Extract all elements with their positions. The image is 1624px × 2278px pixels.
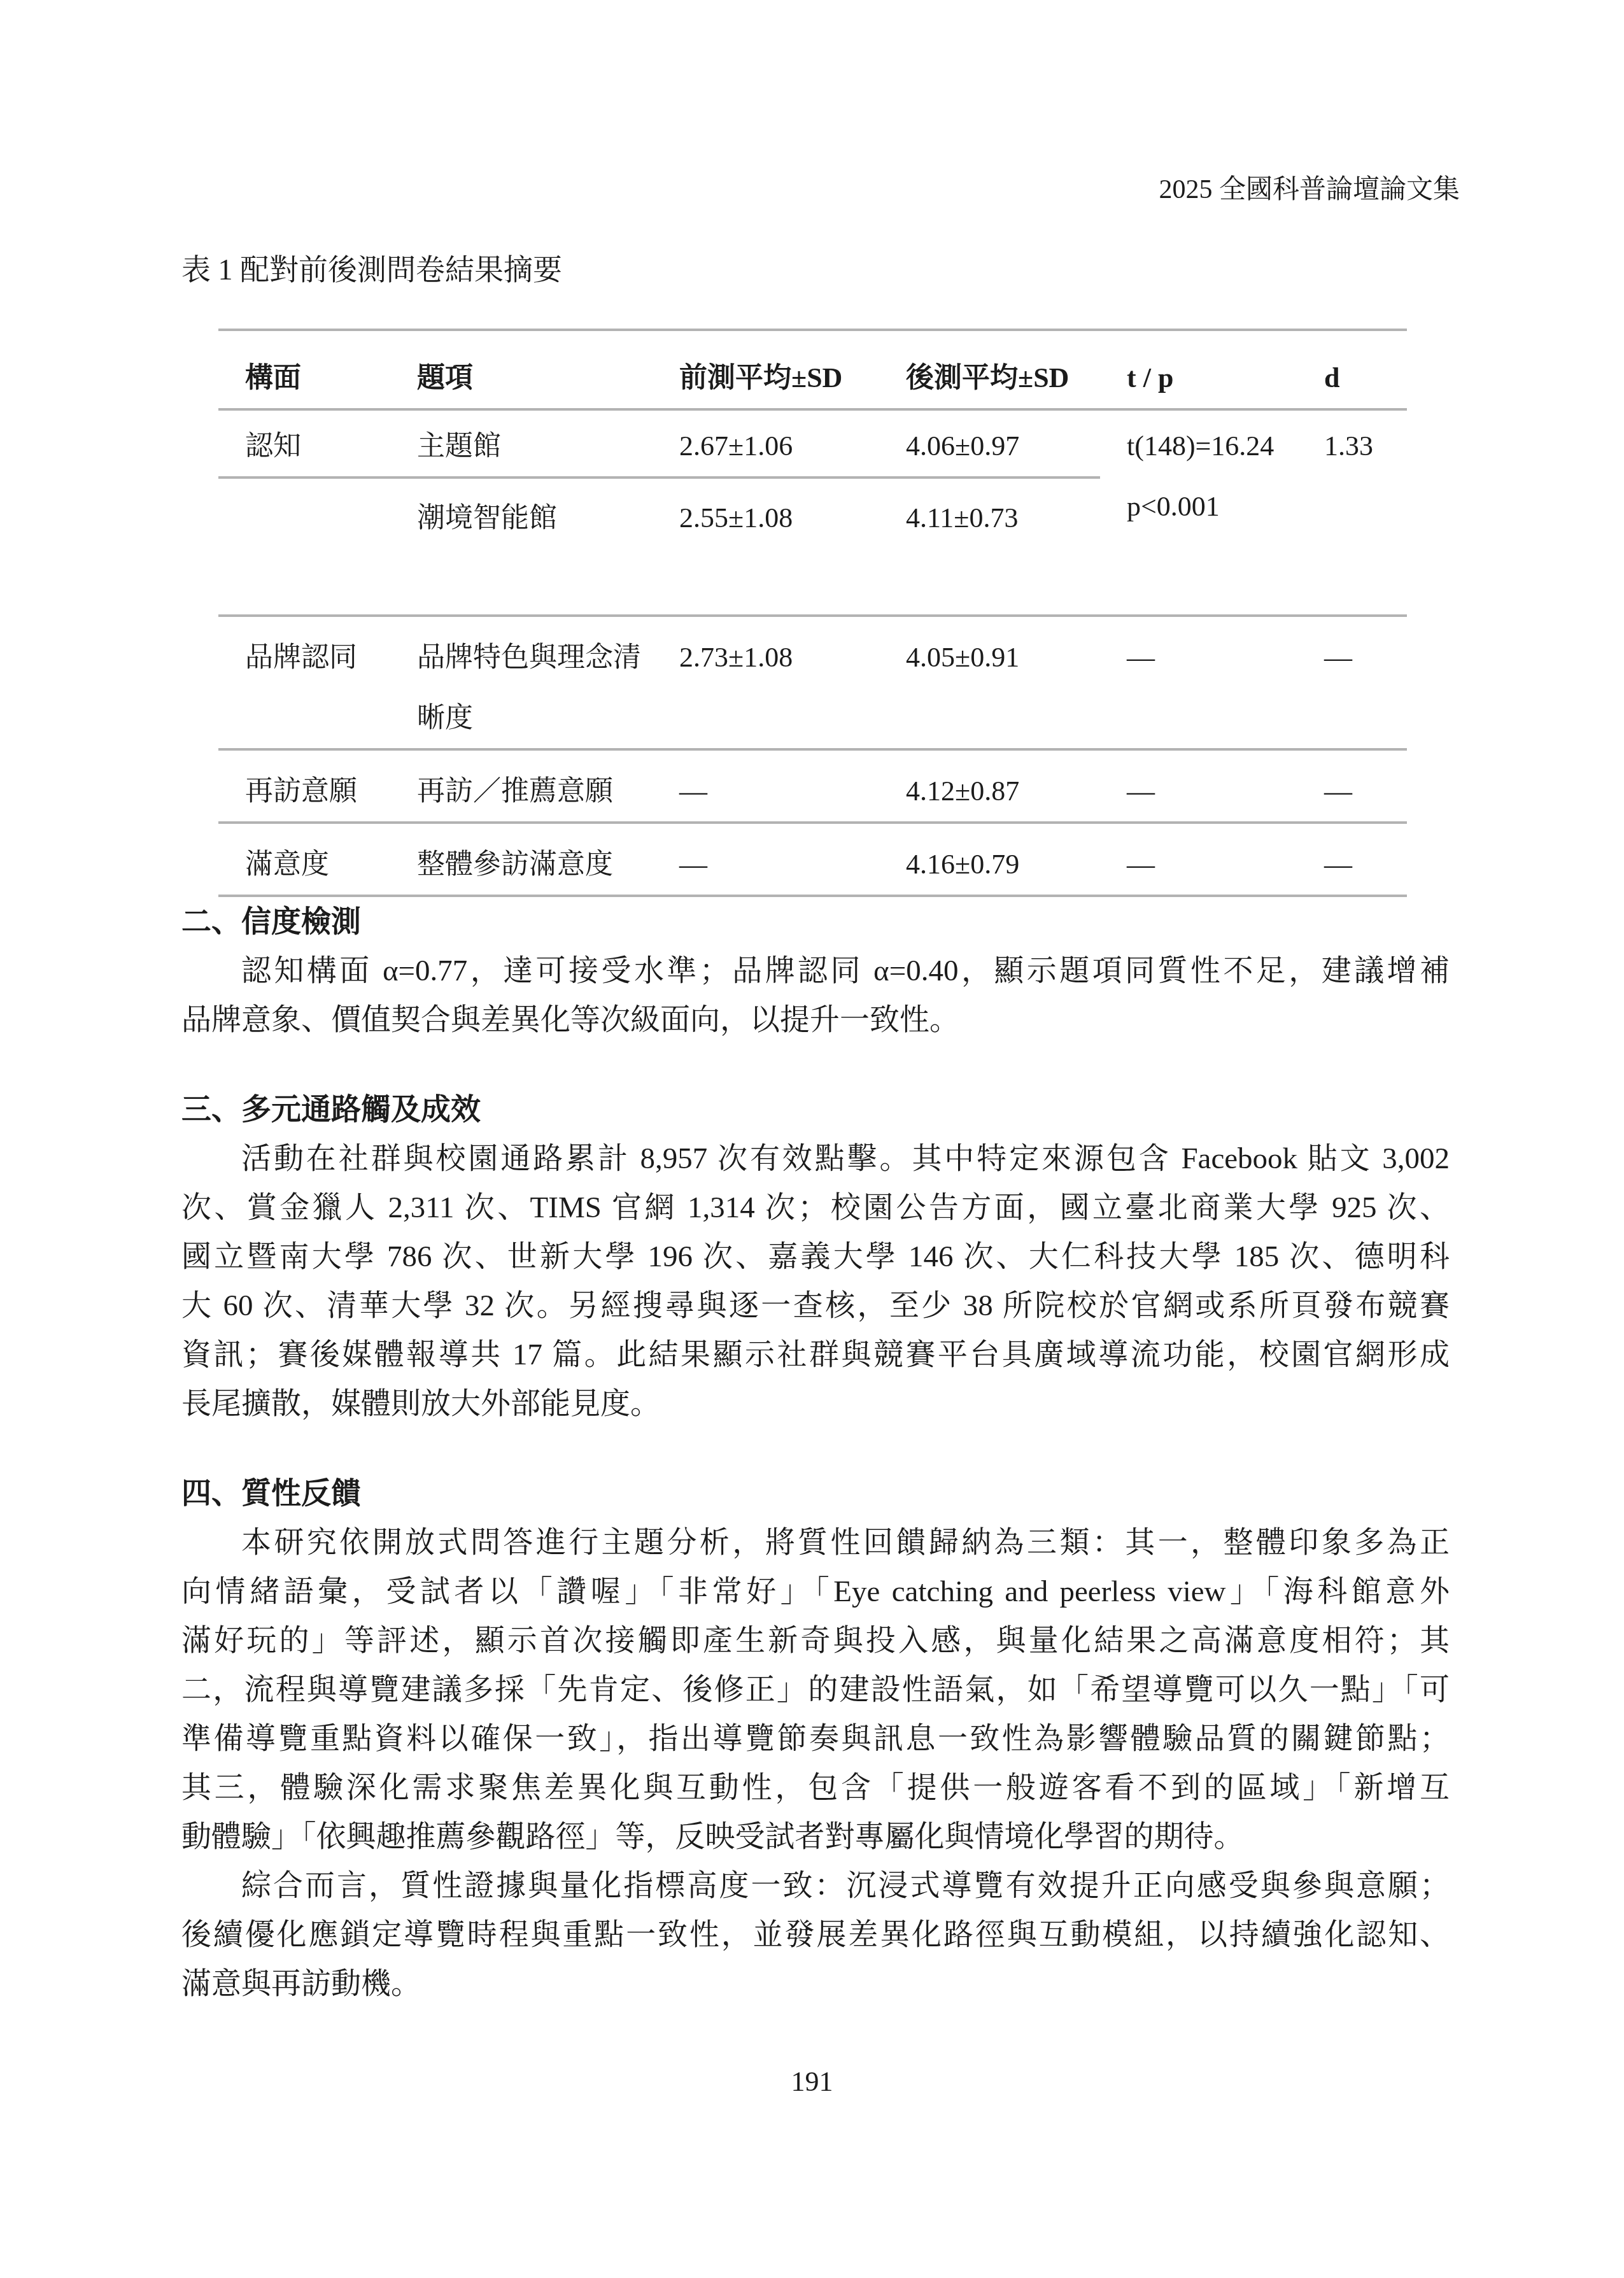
paragraph-line: 準備導覽重點資料以確保一致」，指出導覽節奏與訊息一致性為影響體驗品質的關鍵節點； (181, 1715, 1450, 1764)
cell-tp: — (1100, 823, 1297, 896)
cell-d: 1.33 (1297, 409, 1407, 616)
t-value: t(148)=16.24 (1127, 416, 1297, 476)
col-header-pretest: 前測平均±SD (653, 330, 879, 409)
section-heading-channels: 三、多元通路觸及成效 (181, 1086, 1450, 1135)
cell-pretest: 2.55±1.08 (653, 478, 879, 616)
cell-posttest: 4.16±0.79 (879, 823, 1100, 896)
table-header-row: 構面 題項 前測平均±SD 後測平均±SD t / p d (218, 330, 1407, 409)
paragraph-line: 動體驗」「依興趣推薦參觀路徑」等，反映受試者對專屬化與情境化學習的期待。 (181, 1813, 1450, 1862)
cell-pretest: 2.73±1.08 (653, 616, 879, 749)
paragraph-line: 本研究依開放式問答進行主題分析，將質性回饋歸納為三類：其一，整體印象多為正 (181, 1518, 1450, 1567)
running-header: 2025 全國科普論壇論文集 (1159, 176, 1460, 204)
cell-dimension: 再訪意願 (218, 749, 390, 823)
cell-dimension: 品牌認同 (218, 616, 390, 749)
cell-d: — (1297, 823, 1407, 896)
table-row: 滿意度 整體參訪滿意度 — 4.16±0.79 — — (218, 823, 1407, 896)
p-value: p<0.001 (1127, 476, 1297, 537)
col-header-posttest: 後測平均±SD (879, 330, 1100, 409)
paragraph-line: 向情緒語彙，受試者以「讚喔」「非常好」「Eye catching and pee… (181, 1567, 1450, 1617)
cell-tp: — (1100, 749, 1297, 823)
paragraph-line: 其三，體驗深化需求聚焦差異化與互動性，包含「提供一般遊客看不到的區域」「新增互 (181, 1764, 1450, 1813)
cell-posttest: 4.05±0.91 (879, 616, 1100, 749)
paragraph-line: 品牌意象、價值契合與差異化等次級面向，以提升一致性。 (181, 996, 1450, 1045)
paragraph-line: 長尾擴散，媒體則放大外部能見度。 (181, 1380, 1450, 1429)
cell-posttest: 4.11±0.73 (879, 478, 1100, 616)
cell-posttest: 4.06±0.97 (879, 409, 1100, 478)
paragraph-line: 滿意與再訪動機。 (181, 1960, 1450, 2009)
table-row: 品牌認同 品牌特色與理念清晰度 2.73±1.08 4.05±0.91 — — (218, 616, 1407, 749)
paragraph: 活動在社群與校園通路累計 8,957 次有效點擊。其中特定來源包含 Facebo… (181, 1135, 1450, 1429)
cell-pretest: 2.67±1.06 (653, 409, 879, 478)
col-header-dimension: 構面 (218, 330, 390, 409)
paragraph: 綜合而言，質性證據與量化指標高度一致：沉浸式導覽有效提升正向感受與參與意願； 後… (181, 1862, 1450, 2009)
cell-dimension: 認知 (218, 409, 390, 478)
table-row: 認知 主題館 2.67±1.06 4.06±0.97 t(148)=16.24 … (218, 409, 1407, 478)
section-heading-reliability: 二、信度檢測 (181, 898, 1450, 947)
cell-item: 再訪／推薦意願 (390, 749, 653, 823)
paragraph-line: 後續優化應鎖定導覽時程與重點一致性，並發展差異化路徑與互動模組，以持續強化認知、 (181, 1911, 1450, 1960)
table-row: 再訪意願 再訪／推薦意願 — 4.12±0.87 — — (218, 749, 1407, 823)
paragraph-line: 國立暨南大學 786 次、世新大學 196 次、嘉義大學 146 次、大仁科技大… (181, 1233, 1450, 1282)
paragraph-line: 滿好玩的」等評述，顯示首次接觸即產生新奇與投入感，與量化結果之高滿意度相符；其 (181, 1617, 1450, 1666)
page-number: 191 (0, 2067, 1624, 2097)
cell-d: — (1297, 749, 1407, 823)
paragraph: 認知構面 α=0.77，達可接受水準；品牌認同 α=0.40，顯示題項同質性不足… (181, 947, 1450, 1045)
body-sections: 二、信度檢測 認知構面 α=0.77，達可接受水準；品牌認同 α=0.40，顯示… (181, 898, 1450, 2009)
cell-posttest: 4.12±0.87 (879, 749, 1100, 823)
cell-item: 品牌特色與理念清晰度 (390, 616, 653, 749)
paragraph-line: 認知構面 α=0.77，達可接受水準；品牌認同 α=0.40，顯示題項同質性不足… (181, 947, 1450, 996)
paragraph-line: 次、賞金獵人 2,311 次、TIMS 官網 1,314 次；校園公告方面，國立… (181, 1184, 1450, 1233)
paragraph-line: 綜合而言，質性證據與量化指標高度一致：沉浸式導覽有效提升正向感受與參與意願； (181, 1862, 1450, 1911)
results-table: 構面 題項 前測平均±SD 後測平均±SD t / p d 認知 主題館 2.6… (218, 329, 1407, 897)
section-heading-qualitative: 四、質性反饋 (181, 1469, 1450, 1518)
cell-item: 主題館 (390, 409, 653, 478)
cell-item: 整體參訪滿意度 (390, 823, 653, 896)
paragraph-line: 資訊；賽後媒體報導共 17 篇。此結果顯示社群與競賽平台具廣域導流功能，校園官網… (181, 1331, 1450, 1380)
cell-dimension: 滿意度 (218, 823, 390, 896)
cell-dimension (218, 478, 390, 616)
table-title: 表 1 配對前後測問卷結果摘要 (181, 251, 562, 289)
cell-tp: t(148)=16.24 p<0.001 (1100, 409, 1297, 616)
paragraph: 本研究依開放式問答進行主題分析，將質性回饋歸納為三類：其一，整體印象多為正 向情… (181, 1518, 1450, 1862)
cell-pretest: — (653, 749, 879, 823)
col-header-d: d (1297, 330, 1407, 409)
cell-item: 潮境智能館 (390, 478, 653, 616)
paragraph-line: 大 60 次、清華大學 32 次。另經搜尋與逐一查核，至少 38 所院校於官網或… (181, 1282, 1450, 1331)
paragraph-line: 活動在社群與校園通路累計 8,957 次有效點擊。其中特定來源包含 Facebo… (181, 1135, 1450, 1184)
document-page: 2025 全國科普論壇論文集 表 1 配對前後測問卷結果摘要 構面 題項 前測平… (0, 0, 1624, 2278)
cell-tp: — (1100, 616, 1297, 749)
col-header-tp: t / p (1100, 330, 1297, 409)
paragraph-line: 二，流程與導覽建議多採「先肯定、後修正」的建設性語氣，如「希望導覽可以久一點」「… (181, 1666, 1450, 1715)
cell-d: — (1297, 616, 1407, 749)
cell-pretest: — (653, 823, 879, 896)
col-header-item: 題項 (390, 330, 653, 409)
